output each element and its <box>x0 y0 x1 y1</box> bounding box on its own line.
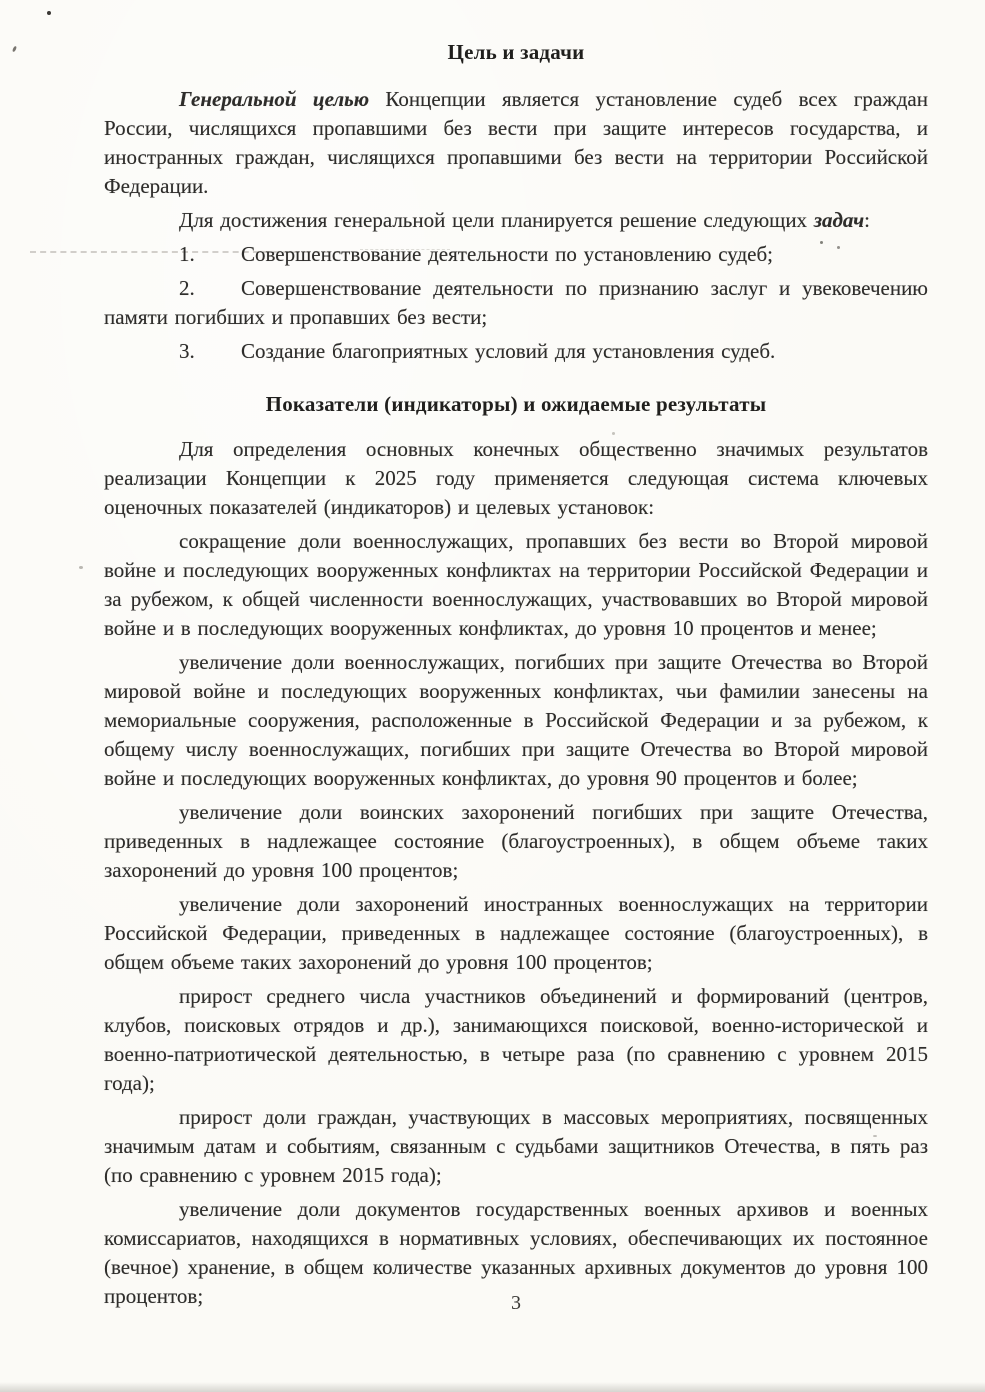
indicator-paragraph: увеличение доли захоронений иностранных … <box>104 890 928 977</box>
indicator-paragraph: сокращение доли военнослужащих, пропавши… <box>104 527 928 643</box>
task-number: 1. <box>179 240 241 269</box>
page-number: 3 <box>104 1292 928 1315</box>
indicator-paragraph: увеличение доли военнослужащих, погибших… <box>104 648 928 793</box>
task-text: Совершенствование деятельности по устано… <box>241 242 773 266</box>
document-body: Цель и задачи Генеральной целью Концепци… <box>104 38 928 1311</box>
scan-speck <box>79 566 83 569</box>
indicator-paragraph: прирост доли граждан, участвующих в масс… <box>104 1103 928 1190</box>
indicator-paragraph: увеличение доли воинских захоронений пог… <box>104 798 928 885</box>
task-item: 1.Совершенствование деятельности по уста… <box>104 240 928 269</box>
task-item: 2.Совершенствование деятельности по приз… <box>104 274 928 332</box>
scan-speck <box>47 11 51 15</box>
task-number: 2. <box>179 274 241 303</box>
scan-edge-shadow <box>0 1382 985 1392</box>
task-item: 3.Создание благоприятных условий для уст… <box>104 337 928 366</box>
scanned-document-page: Цель и задачи Генеральной целью Концепци… <box>0 0 985 1392</box>
tasks-intro-paragraph: Для достижения генеральной цели планируе… <box>104 206 928 235</box>
tasks-intro-emphasis: задач <box>814 208 864 232</box>
tasks-intro-pre: Для достижения генеральной цели планируе… <box>179 208 814 232</box>
indicator-paragraph: прирост среднего числа участников объеди… <box>104 982 928 1098</box>
scan-speck <box>12 46 17 53</box>
goal-paragraph-lead: Генеральной целью <box>179 87 369 111</box>
tasks-intro-post: : <box>864 208 870 232</box>
indicators-intro-paragraph: Для определения основных конечных общест… <box>104 435 928 522</box>
section-title: Цель и задачи <box>104 38 928 67</box>
goal-paragraph: Генеральной целью Концепции является уст… <box>104 85 928 201</box>
task-text: Создание благоприятных условий для устан… <box>241 339 775 363</box>
section-title-indicators: Показатели (индикаторы) и ожидаемые резу… <box>104 390 928 419</box>
task-number: 3. <box>179 337 241 366</box>
